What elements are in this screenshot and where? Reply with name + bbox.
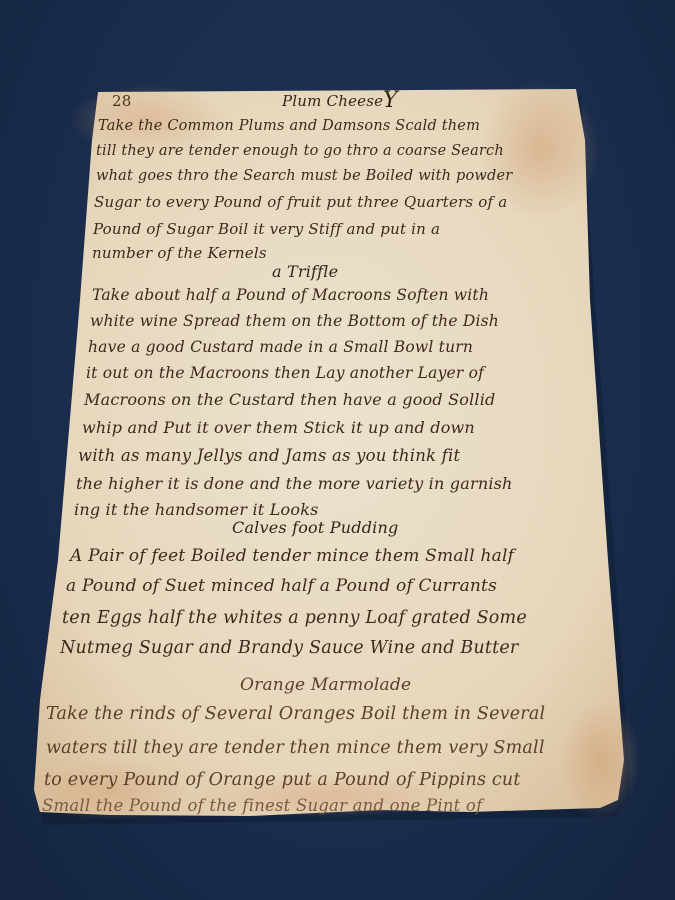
corner-mark: Y [383,88,398,113]
recipe-line: Take the Common Plums and Damsons Scald … [98,118,480,134]
recipe-line: Take about half a Pound of Macroons Soft… [92,286,489,304]
recipe-title-plum-cheese: Plum Cheese [282,92,383,110]
recipe-line: Nutmeg Sugar and Brandy Sauce Wine and B… [60,638,518,658]
recipe-line: waters till they are tender then mince t… [46,738,545,758]
recipe-line: ten Eggs half the whites a penny Loaf gr… [62,608,527,628]
recipe-line: it out on the Macroons then Lay another … [86,364,484,382]
recipe-line: a Pound of Suet minced half a Pound of C… [66,576,497,596]
recipe-line: Sugar to every Pound of fruit put three … [94,193,507,211]
recipe-title-triffle: a Triffle [272,262,338,281]
recipe-line: with as many Jellys and Jams as you thin… [78,446,460,465]
recipe-title-calves-foot-pudding: Calves foot Pudding [232,518,398,537]
recipe-line: A Pair of feet Boiled tender mince them … [70,546,514,566]
recipe-line: white wine Spread them on the Bottom of … [90,312,499,330]
manuscript-page: 28 Y Plum Cheese Take the Common Plums a… [0,0,675,900]
recipe-line: Take the rinds of Several Oranges Boil t… [46,704,545,724]
recipe-line: till they are tender enough to go thro a… [96,143,504,159]
recipe-line: the higher it is done and the more varie… [76,474,513,493]
recipe-line: what goes thro the Search must be Boiled… [96,168,512,184]
recipe-line: Macroons on the Custard then have a good… [84,390,496,409]
page-number: 28 [112,92,132,110]
recipe-line: Small the Pound of the finest Sugar and … [42,796,482,815]
recipe-line: whip and Put it over them Stick it up an… [82,418,475,437]
recipe-line: number of the Kernels [92,244,267,262]
recipe-title-orange-marmolade: Orange Marmolade [240,675,411,695]
recipe-line: Pound of Sugar Boil it very Stiff and pu… [93,220,440,238]
recipe-line: to every Pound of Orange put a Pound of … [44,770,521,790]
recipe-line: ing it the handsomer it Looks [74,500,319,519]
recipe-line: have a good Custard made in a Small Bowl… [88,338,473,356]
